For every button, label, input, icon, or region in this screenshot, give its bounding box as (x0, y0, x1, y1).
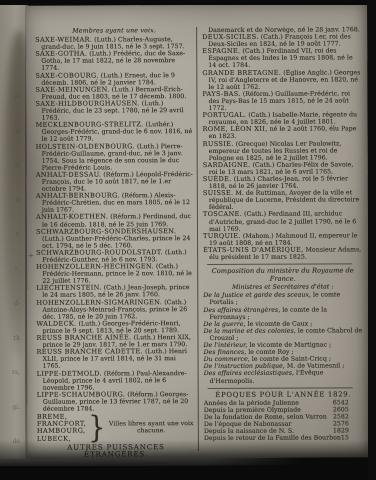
epochs-table: Années de la période Julienne6542 Depuis… (204, 399, 363, 442)
ministry-item: Des affaires étrangères, le comte de la … (203, 306, 362, 321)
column-divider (196, 27, 199, 451)
ministry-dept: De l'intérieur, (203, 342, 247, 349)
right-black-band (368, 0, 376, 480)
ministry-dept: De la marine et des colonies, (203, 327, 295, 334)
state-entry: REUSS BRANCHE CADETTE. (Luth.) Henri XLI… (37, 348, 195, 370)
state-entry: SUÈDE. (Luth.) Charles-Jean, roi le 5 fé… (203, 175, 362, 190)
right-entries: DEUX-SICILES. (Cath.) François I.er, roi… (202, 33, 362, 261)
ministry-holder: le comte Roy ; (248, 349, 293, 356)
state-name: SAXE-MEINUNGEN. (35, 85, 109, 93)
state-entry: RUSSIE. (Grecque) Nicolas I.er Paulowitz… (203, 140, 362, 162)
ministry-item: De la Justice et garde des sceaux, le co… (203, 292, 362, 307)
state-name: ANHALT-DESSAU. (36, 170, 102, 178)
state-entry: ESPAGNE. (Cath.) Ferdinand VII, roi des … (202, 48, 361, 70)
state-entry: SAXE-COBOURG. (Luth.) Ernest, duc le 9 d… (35, 72, 193, 87)
state-name: SAXE-COBOURG. (35, 71, 98, 79)
free-cities-block: BREME,FRANCFORT,HAMBOURG,LUBECK, } Ville… (37, 413, 195, 443)
ministry-holder: le vicomte de Martignac ; (249, 341, 331, 348)
margin-cross-mark: + (28, 252, 34, 260)
margin-fragment: gi. (12, 404, 20, 411)
left-entries: SAXE-WEIMAR. (Luth.) Charles-Auguste, gr… (35, 36, 195, 413)
margin-fragment: rs, (12, 369, 20, 376)
brace-glyph: } (88, 413, 105, 443)
state-entry: SAXE-WEIMAR. (Luth.) Charles-Auguste, gr… (35, 36, 193, 51)
ministry-dept: Des affaires ecclésiastiques, (204, 370, 294, 377)
state-entry: HOLSTEIN-OLDENBOURG. (Luth.) Pierre-Fréd… (36, 143, 194, 172)
ministry-dept: Du commerce, (204, 356, 250, 363)
state-entry: LIPPE-DETMOLD. (Réform.) Paul-Alexandre-… (37, 370, 195, 392)
state-entry: HOHENZOLLERN-HECHINGEN. (Cath.) Frédéric… (36, 263, 194, 285)
state-entry: LIPPE-SCHAUMBOURG. (Réform.) Georges-Gui… (37, 391, 195, 413)
state-entry: TOSCANE. (Cath.) Ferdinand III, archiduc… (203, 211, 362, 233)
horizontal-rule (208, 387, 353, 389)
ministry-dept: Des affaires étrangères, (203, 306, 280, 313)
state-entry: GRANDE BRETAGNE. (Église Anglic.) George… (202, 69, 361, 91)
bottom-black-band (0, 466, 376, 480)
state-entry: ANHALT-BERNBOURG. (Réform.) Alexis-Frédé… (36, 192, 194, 214)
ministry-item: Des affaires ecclésiastiques, l'Évêque d… (204, 370, 363, 385)
state-name: ROME, LÉON XII, (203, 125, 268, 133)
ministry-items: De la Justice et garde des sceaux, le co… (203, 292, 362, 385)
state-name: PAYS-BAS. (202, 90, 240, 98)
state-entry: ÉTATS-UNIS D'AMÉRIQUE, Monsieur Adams, é… (203, 246, 362, 261)
right-column: Danemarck et de Norwège, né le 28 janv. … (202, 26, 363, 442)
left-column: Membres ayant une voix. SAXE-WEIMAR. (Lu… (35, 27, 195, 459)
state-entry: ANHALT-DESSAU. (Réform.) Léopold-Frédéri… (36, 171, 194, 193)
ministry-dept: De la guerre, (203, 321, 245, 328)
state-name: LIPPE-SCHAUMBOURG. (37, 390, 126, 398)
state-entry: PAYS-BAS. (Réform.) Guillaume-Frédéric, … (202, 90, 361, 112)
members-heading: Membres ayant une voix. (35, 27, 193, 35)
free-cities-note: Villes libres ayant une voix chacune. (107, 420, 194, 434)
state-name: SUÈDE. (203, 175, 232, 183)
state-entry: ROME, LÉON XII, né le 2 août 1760, élu P… (203, 126, 362, 141)
state-name: GRANDE BRETAGNE. (202, 68, 281, 76)
free-cities-list: BREME,FRANCFORT,HAMBOURG,LUBECK, (37, 414, 86, 443)
state-entry: SARDAIGNE. (Cath.) Charles-Félix de Savo… (203, 161, 362, 176)
state-entry: SAXE-GOTHA. (Luth.) Frédéric, duc de Sax… (35, 50, 193, 72)
ministry-dept: De la Justice et garde des sceaux, (203, 292, 311, 299)
state-entry: SAXE-HILDBOURGHAUSEN. (Luth.) Frédéric, … (35, 100, 193, 122)
state-entry: MECKLENBOURG-STRELITZ. (Luthér.) Georges… (36, 121, 194, 143)
ministry-item: De la marine et des colonies, le comte C… (203, 327, 362, 342)
state-name: WALDECK. (36, 319, 76, 327)
page: + Membres ayant une voix. SAXE-WEIMAR. (… (26, 4, 369, 458)
horizontal-rule (207, 263, 352, 265)
state-name: TOSCANE. (203, 210, 242, 218)
state-entry: DEUX-SICILES. (Cath.) François I.er, roi… (202, 33, 361, 48)
state-name: ANHALT-KOETHEN. (36, 213, 108, 221)
state-entry: HOHENZOLLERN-SIGMARINGEN. (Cath.) Antoin… (36, 299, 194, 321)
state-name: TURQUIE. (203, 232, 241, 240)
state-entry: SCHWARZBOURG-SONDERSHAUSEN. (Luth.) Gunt… (36, 228, 194, 250)
scanned-book-page-photo: ofelsitr,5.d-thrs,gi.de + Membres ayant … (0, 0, 376, 480)
ministry-dept: Des finances, (204, 349, 247, 356)
ministry-title: Composition du ministère du Royaume de F… (209, 267, 356, 283)
state-name: RUSSIE. (203, 139, 234, 147)
ministry-subtitle: Ministres et Secrétaires d'état : (203, 284, 362, 292)
state-name: LIPPE-DETMOLD. (37, 369, 102, 377)
epochs-title: ÉPOQUES POUR L'ANNÉE 1829. (204, 391, 363, 399)
state-entry: SUISSE. M. de Ruttiman, Avoyer de la vil… (203, 189, 362, 211)
state-name: SARDAIGNE. (203, 161, 251, 169)
top-black-band (0, 0, 376, 5)
